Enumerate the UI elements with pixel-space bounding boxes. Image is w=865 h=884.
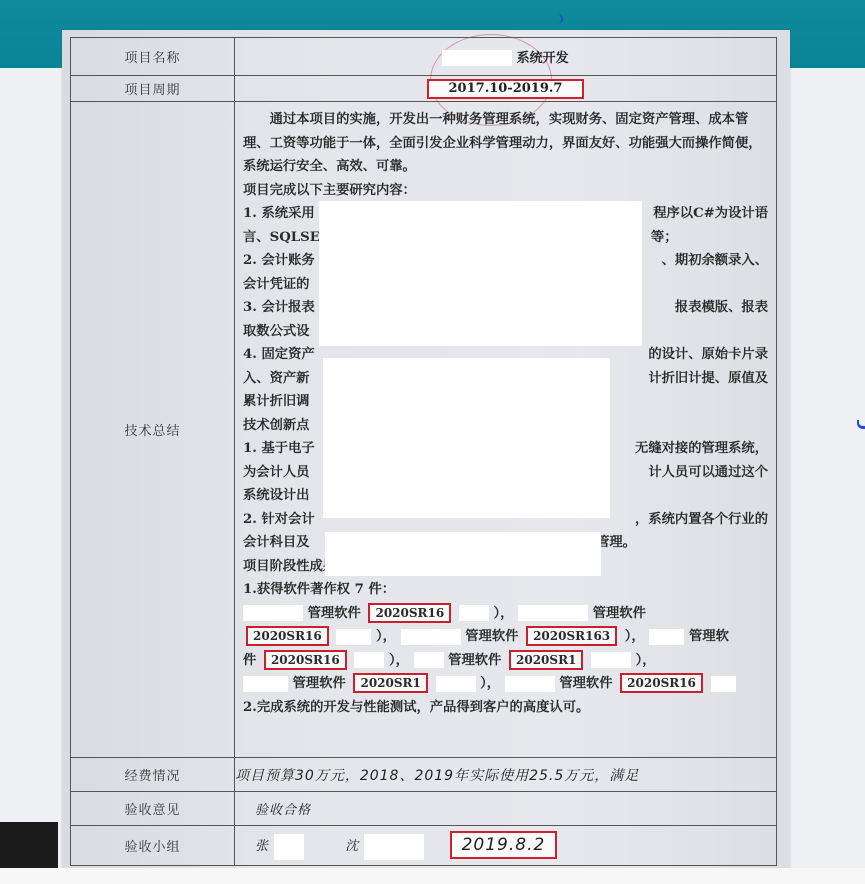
member-2: 沈 bbox=[345, 839, 359, 854]
copyright-id: 2020SR163 bbox=[526, 626, 617, 646]
row-funding: 经费情况 项目预算30万元，2018、2019年实际使用25.5万元，满足 bbox=[71, 758, 777, 792]
label-project-name: 项目名称 bbox=[71, 38, 235, 76]
label-acceptance-group: 验收小组 bbox=[71, 826, 235, 866]
redacted-name bbox=[442, 50, 512, 66]
copyright-line-4: 管理软件 2020SR1 ）， 管理软件 2020SR16 bbox=[243, 672, 768, 696]
copyright-id: 2020SR16 bbox=[264, 650, 347, 670]
right-background bbox=[790, 68, 865, 884]
project-name-value: 系统开发 bbox=[517, 51, 569, 66]
row-tech-summary: 技术总结 通过本项目的实施，开发出一种财务管理系统，实现财务、固定资产管理、成本… bbox=[71, 102, 777, 758]
row-opinion: 验收意见 验收合格 bbox=[71, 792, 777, 826]
label-project-period: 项目周期 bbox=[71, 76, 235, 102]
label-funding: 经费情况 bbox=[71, 758, 235, 792]
label-tech-summary: 技术总结 bbox=[71, 102, 235, 758]
left-background bbox=[0, 68, 62, 884]
copyright-id: 2020SR16 bbox=[620, 673, 703, 693]
redaction-block-2 bbox=[323, 358, 610, 518]
copyright-line-1: 管理软件 2020SR16 ）， 管理软件 bbox=[243, 602, 768, 626]
member-1: 张 bbox=[255, 839, 269, 854]
redaction-block-1 bbox=[319, 201, 642, 346]
row-acceptance-group: 验收小组 张 沈 2019.8.2 bbox=[71, 826, 777, 866]
bottom-strip bbox=[0, 868, 865, 884]
copyright-id: 2020SR16 bbox=[246, 626, 329, 646]
funding-value: 项目预算30万元，2018、2019年实际使用25.5万元，满足 bbox=[235, 758, 777, 792]
label-opinion: 验收意见 bbox=[71, 792, 235, 826]
redaction-block-3 bbox=[325, 532, 601, 576]
copyright-line-2: 2020SR16 ）， 管理软件 2020SR163 ）， 管理软 bbox=[243, 625, 768, 649]
copyright-id: 2020SR1 bbox=[509, 650, 583, 670]
opinion-value: 验收合格 bbox=[255, 803, 311, 818]
acceptance-form-table: 项目名称 系统开发 项目周期 2017.10-2019.7 技术总结 通过本项目… bbox=[70, 37, 777, 866]
row-project-name: 项目名称 系统开发 bbox=[71, 38, 777, 76]
copyright-line-3: 件 2020SR16 ）， 管理软件 2020SR1 ）， bbox=[243, 649, 768, 673]
copyright-id: 2020SR1 bbox=[353, 673, 427, 693]
copyright-id: 2020SR16 bbox=[368, 603, 451, 623]
acceptance-date: 2019.8.2 bbox=[450, 831, 558, 859]
scanned-document: 项目名称 系统开发 项目周期 2017.10-2019.7 技术总结 通过本项目… bbox=[62, 30, 790, 875]
tech-summary-text: 通过本项目的实施，开发出一种财务管理系统，实现财务、固定资产管理、成本管理、工资… bbox=[235, 102, 776, 757]
row-project-period: 项目周期 2017.10-2019.7 bbox=[71, 76, 777, 102]
project-period-value: 2017.10-2019.7 bbox=[427, 79, 585, 99]
